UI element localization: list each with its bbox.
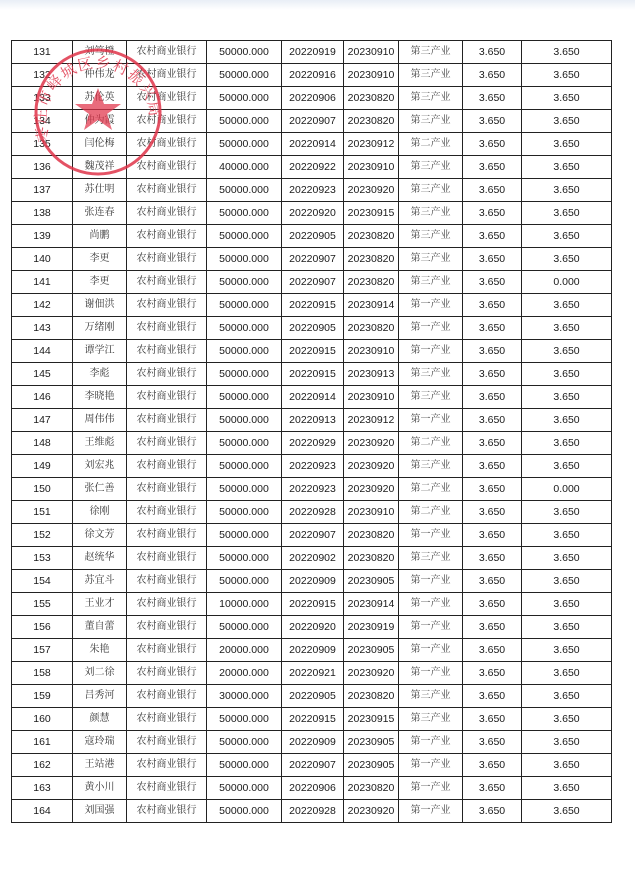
industry: 第二产业 [399, 501, 463, 524]
loan-amount: 40000.000 [207, 156, 282, 179]
start-date: 20220915 [282, 294, 344, 317]
loan-amount: 50000.000 [207, 455, 282, 478]
start-date: 20220915 [282, 340, 344, 363]
interest-rate: 3.650 [463, 777, 522, 800]
subsidy-rate: 3.650 [522, 179, 612, 202]
industry: 第一产业 [399, 409, 463, 432]
interest-rate: 3.650 [463, 363, 522, 386]
loan-amount: 50000.000 [207, 41, 282, 64]
end-date: 20230920 [344, 478, 399, 501]
start-date: 20220922 [282, 156, 344, 179]
row-number: 143 [12, 317, 73, 340]
row-number: 151 [12, 501, 73, 524]
row-number: 148 [12, 432, 73, 455]
table-row: 140 李更 农村商业银行 50000.000 20220907 2023082… [12, 248, 612, 271]
industry: 第一产业 [399, 662, 463, 685]
bank-name: 农村商业银行 [127, 639, 207, 662]
table-row: 152 徐文芳 农村商业银行 50000.000 20220907 202308… [12, 524, 612, 547]
loan-amount: 50000.000 [207, 777, 282, 800]
loan-amount: 20000.000 [207, 662, 282, 685]
row-number: 159 [12, 685, 73, 708]
scan-edge [0, 0, 635, 10]
industry: 第一产业 [399, 317, 463, 340]
borrower-name: 寇玲瑞 [73, 731, 127, 754]
table-row: 149 刘宏兆 农村商业银行 50000.000 20220923 202309… [12, 455, 612, 478]
borrower-name: 仲为霞 [73, 110, 127, 133]
row-number: 132 [12, 64, 73, 87]
row-number: 160 [12, 708, 73, 731]
industry: 第三产业 [399, 64, 463, 87]
row-number: 146 [12, 386, 73, 409]
start-date: 20220915 [282, 363, 344, 386]
interest-rate: 3.650 [463, 800, 522, 823]
loan-amount: 50000.000 [207, 225, 282, 248]
start-date: 20220909 [282, 731, 344, 754]
row-number: 142 [12, 294, 73, 317]
borrower-name: 张连春 [73, 202, 127, 225]
bank-name: 农村商业银行 [127, 156, 207, 179]
industry: 第二产业 [399, 478, 463, 501]
borrower-name: 仲伟龙 [73, 64, 127, 87]
bank-name: 农村商业银行 [127, 386, 207, 409]
end-date: 20230910 [344, 41, 399, 64]
industry: 第三产业 [399, 41, 463, 64]
interest-rate: 3.650 [463, 110, 522, 133]
table-row: 155 王业才 农村商业银行 10000.000 20220915 202309… [12, 593, 612, 616]
borrower-name: 苏仕明 [73, 179, 127, 202]
borrower-name: 万绪刚 [73, 317, 127, 340]
end-date: 20230920 [344, 662, 399, 685]
end-date: 20230910 [344, 340, 399, 363]
start-date: 20220929 [282, 432, 344, 455]
industry: 第三产业 [399, 110, 463, 133]
row-number: 153 [12, 547, 73, 570]
table-row: 150 张仁善 农村商业银行 50000.000 20220923 202309… [12, 478, 612, 501]
industry: 第一产业 [399, 524, 463, 547]
bank-name: 农村商业银行 [127, 340, 207, 363]
end-date: 20230910 [344, 386, 399, 409]
start-date: 20220928 [282, 501, 344, 524]
subsidy-rate: 3.650 [522, 87, 612, 110]
industry: 第三产业 [399, 225, 463, 248]
interest-rate: 3.650 [463, 202, 522, 225]
industry: 第一产业 [399, 616, 463, 639]
table-row: 154 苏宜斗 农村商业银行 50000.000 20220909 202309… [12, 570, 612, 593]
industry: 第三产业 [399, 685, 463, 708]
table-row: 144 谭学江 农村商业银行 50000.000 20220915 202309… [12, 340, 612, 363]
loan-amount: 50000.000 [207, 478, 282, 501]
start-date: 20220902 [282, 547, 344, 570]
table-row: 163 黄小川 农村商业银行 50000.000 20220906 202308… [12, 777, 612, 800]
bank-name: 农村商业银行 [127, 202, 207, 225]
borrower-name: 谭学江 [73, 340, 127, 363]
interest-rate: 3.650 [463, 87, 522, 110]
loan-amount: 50000.000 [207, 708, 282, 731]
subsidy-rate: 3.650 [522, 317, 612, 340]
interest-rate: 3.650 [463, 639, 522, 662]
bank-name: 农村商业银行 [127, 662, 207, 685]
end-date: 20230820 [344, 87, 399, 110]
interest-rate: 3.650 [463, 156, 522, 179]
row-number: 163 [12, 777, 73, 800]
start-date: 20220914 [282, 133, 344, 156]
subsidy-rate: 3.650 [522, 432, 612, 455]
interest-rate: 3.650 [463, 179, 522, 202]
end-date: 20230920 [344, 432, 399, 455]
end-date: 20230820 [344, 225, 399, 248]
end-date: 20230914 [344, 593, 399, 616]
end-date: 20230910 [344, 501, 399, 524]
bank-name: 农村商业银行 [127, 501, 207, 524]
industry: 第三产业 [399, 386, 463, 409]
bank-name: 农村商业银行 [127, 248, 207, 271]
table-row: 159 吕秀河 农村商业银行 30000.000 20220905 202308… [12, 685, 612, 708]
row-number: 144 [12, 340, 73, 363]
subsidy-rate: 3.650 [522, 685, 612, 708]
row-number: 154 [12, 570, 73, 593]
industry: 第一产业 [399, 340, 463, 363]
subsidy-rate: 3.650 [522, 639, 612, 662]
borrower-name: 刘笃橙 [73, 41, 127, 64]
end-date: 20230914 [344, 294, 399, 317]
loan-amount: 50000.000 [207, 547, 282, 570]
bank-name: 农村商业银行 [127, 777, 207, 800]
start-date: 20220909 [282, 639, 344, 662]
row-number: 147 [12, 409, 73, 432]
table-row: 137 苏仕明 农村商业银行 50000.000 20220923 202309… [12, 179, 612, 202]
bank-name: 农村商业银行 [127, 731, 207, 754]
subsidy-rate: 3.650 [522, 524, 612, 547]
interest-rate: 3.650 [463, 294, 522, 317]
borrower-name: 李晓艳 [73, 386, 127, 409]
borrower-name: 黄小川 [73, 777, 127, 800]
borrower-name: 朱艳 [73, 639, 127, 662]
end-date: 20230912 [344, 409, 399, 432]
interest-rate: 3.650 [463, 386, 522, 409]
table-row: 164 刘国强 农村商业银行 50000.000 20220928 202309… [12, 800, 612, 823]
borrower-name: 张仁善 [73, 478, 127, 501]
industry: 第二产业 [399, 133, 463, 156]
end-date: 20230910 [344, 64, 399, 87]
borrower-name: 颜慧 [73, 708, 127, 731]
start-date: 20220915 [282, 593, 344, 616]
start-date: 20220907 [282, 524, 344, 547]
bank-name: 农村商业银行 [127, 294, 207, 317]
start-date: 20220905 [282, 685, 344, 708]
start-date: 20220923 [282, 478, 344, 501]
table-row: 133 苏伦英 农村商业银行 50000.000 20220906 202308… [12, 87, 612, 110]
end-date: 20230920 [344, 455, 399, 478]
table-row: 136 魏茂祥 农村商业银行 40000.000 20220922 202309… [12, 156, 612, 179]
start-date: 20220916 [282, 64, 344, 87]
row-number: 155 [12, 593, 73, 616]
start-date: 20220915 [282, 708, 344, 731]
bank-name: 农村商业银行 [127, 110, 207, 133]
bank-name: 农村商业银行 [127, 524, 207, 547]
borrower-name: 李更 [73, 248, 127, 271]
interest-rate: 3.650 [463, 501, 522, 524]
start-date: 20220921 [282, 662, 344, 685]
loan-amount: 50000.000 [207, 754, 282, 777]
bank-name: 农村商业银行 [127, 64, 207, 87]
borrower-name: 徐刚 [73, 501, 127, 524]
industry: 第一产业 [399, 639, 463, 662]
loan-amount: 50000.000 [207, 616, 282, 639]
subsidy-rate: 3.650 [522, 225, 612, 248]
row-number: 131 [12, 41, 73, 64]
subsidy-rate: 3.650 [522, 754, 612, 777]
start-date: 20220907 [282, 271, 344, 294]
bank-name: 农村商业银行 [127, 87, 207, 110]
loan-amount: 20000.000 [207, 639, 282, 662]
borrower-name: 王业才 [73, 593, 127, 616]
subsidy-rate: 3.650 [522, 156, 612, 179]
loan-amount: 50000.000 [207, 800, 282, 823]
start-date: 20220907 [282, 754, 344, 777]
row-number: 137 [12, 179, 73, 202]
subsidy-rate: 3.650 [522, 455, 612, 478]
row-number: 164 [12, 800, 73, 823]
table-row: 146 李晓艳 农村商业银行 50000.000 20220914 202309… [12, 386, 612, 409]
loan-amount: 50000.000 [207, 294, 282, 317]
end-date: 20230820 [344, 777, 399, 800]
row-number: 158 [12, 662, 73, 685]
borrower-name: 李彪 [73, 363, 127, 386]
interest-rate: 3.650 [463, 432, 522, 455]
interest-rate: 3.650 [463, 708, 522, 731]
loan-amount: 50000.000 [207, 524, 282, 547]
subsidy-rate: 3.650 [522, 340, 612, 363]
bank-name: 农村商业银行 [127, 133, 207, 156]
borrower-name: 王维彪 [73, 432, 127, 455]
end-date: 20230920 [344, 800, 399, 823]
start-date: 20220907 [282, 110, 344, 133]
loan-amount: 50000.000 [207, 363, 282, 386]
bank-name: 农村商业银行 [127, 708, 207, 731]
bank-name: 农村商业银行 [127, 432, 207, 455]
subsidy-rate: 3.650 [522, 41, 612, 64]
interest-rate: 3.650 [463, 731, 522, 754]
bank-name: 农村商业银行 [127, 754, 207, 777]
subsidy-rate: 3.650 [522, 409, 612, 432]
end-date: 20230913 [344, 363, 399, 386]
industry: 第三产业 [399, 547, 463, 570]
borrower-name: 闫伦梅 [73, 133, 127, 156]
bank-name: 农村商业银行 [127, 685, 207, 708]
table-row: 162 王站港 农村商业银行 50000.000 20220907 202309… [12, 754, 612, 777]
end-date: 20230820 [344, 110, 399, 133]
industry: 第一产业 [399, 731, 463, 754]
interest-rate: 3.650 [463, 616, 522, 639]
row-number: 140 [12, 248, 73, 271]
table-row: 135 闫伦梅 农村商业银行 50000.000 20220914 202309… [12, 133, 612, 156]
interest-rate: 3.650 [463, 41, 522, 64]
bank-name: 农村商业银行 [127, 455, 207, 478]
interest-rate: 3.650 [463, 524, 522, 547]
table-row: 138 张连春 农村商业银行 50000.000 20220920 202309… [12, 202, 612, 225]
start-date: 20220909 [282, 570, 344, 593]
interest-rate: 3.650 [463, 340, 522, 363]
end-date: 20230820 [344, 685, 399, 708]
loan-amount: 50000.000 [207, 271, 282, 294]
borrower-name: 刘宏兆 [73, 455, 127, 478]
loan-amount: 50000.000 [207, 110, 282, 133]
row-number: 149 [12, 455, 73, 478]
borrower-name: 董自蕾 [73, 616, 127, 639]
industry: 第三产业 [399, 248, 463, 271]
interest-rate: 3.650 [463, 317, 522, 340]
bank-name: 农村商业银行 [127, 225, 207, 248]
loan-amount: 50000.000 [207, 64, 282, 87]
subsidy-rate: 3.650 [522, 616, 612, 639]
subsidy-rate: 3.650 [522, 708, 612, 731]
end-date: 20230905 [344, 754, 399, 777]
borrower-name: 谢佃洪 [73, 294, 127, 317]
row-number: 139 [12, 225, 73, 248]
subsidy-rate: 3.650 [522, 662, 612, 685]
row-number: 135 [12, 133, 73, 156]
borrower-name: 周伟伟 [73, 409, 127, 432]
bank-name: 农村商业银行 [127, 593, 207, 616]
row-number: 145 [12, 363, 73, 386]
bank-name: 农村商业银行 [127, 570, 207, 593]
borrower-name: 李更 [73, 271, 127, 294]
subsidy-rate: 3.650 [522, 501, 612, 524]
end-date: 20230820 [344, 248, 399, 271]
interest-rate: 3.650 [463, 593, 522, 616]
end-date: 20230910 [344, 156, 399, 179]
end-date: 20230915 [344, 708, 399, 731]
row-number: 152 [12, 524, 73, 547]
bank-name: 农村商业银行 [127, 363, 207, 386]
end-date: 20230920 [344, 179, 399, 202]
industry: 第一产业 [399, 570, 463, 593]
industry: 第三产业 [399, 363, 463, 386]
industry: 第三产业 [399, 179, 463, 202]
borrower-name: 徐文芳 [73, 524, 127, 547]
start-date: 20220914 [282, 386, 344, 409]
loan-amount: 50000.000 [207, 317, 282, 340]
start-date: 20220907 [282, 248, 344, 271]
table-row: 158 刘二徐 农村商业银行 20000.000 20220921 202309… [12, 662, 612, 685]
loan-amount: 30000.000 [207, 685, 282, 708]
borrower-name: 苏宜斗 [73, 570, 127, 593]
row-number: 133 [12, 87, 73, 110]
industry: 第三产业 [399, 455, 463, 478]
start-date: 20220928 [282, 800, 344, 823]
end-date: 20230912 [344, 133, 399, 156]
table-row: 131 刘笃橙 农村商业银行 50000.000 20220919 202309… [12, 41, 612, 64]
subsidy-rate: 3.650 [522, 593, 612, 616]
row-number: 162 [12, 754, 73, 777]
subsidy-rate: 3.650 [522, 731, 612, 754]
subsidy-rate: 0.000 [522, 271, 612, 294]
bank-name: 农村商业银行 [127, 317, 207, 340]
interest-rate: 3.650 [463, 547, 522, 570]
bank-name: 农村商业银行 [127, 271, 207, 294]
table-row: 161 寇玲瑞 农村商业银行 50000.000 20220909 202309… [12, 731, 612, 754]
loan-amount: 50000.000 [207, 386, 282, 409]
bank-name: 农村商业银行 [127, 547, 207, 570]
start-date: 20220906 [282, 87, 344, 110]
table-row: 160 颜慧 农村商业银行 50000.000 20220915 2023091… [12, 708, 612, 731]
row-number: 136 [12, 156, 73, 179]
borrower-name: 尚鹏 [73, 225, 127, 248]
subsidy-rate: 0.000 [522, 478, 612, 501]
table-row: 143 万绪刚 农村商业银行 50000.000 20220905 202308… [12, 317, 612, 340]
loan-amount: 50000.000 [207, 248, 282, 271]
loan-amount: 50000.000 [207, 432, 282, 455]
row-number: 150 [12, 478, 73, 501]
interest-rate: 3.650 [463, 685, 522, 708]
borrower-name: 苏伦英 [73, 87, 127, 110]
loan-amount: 50000.000 [207, 731, 282, 754]
table-row: 156 董自蕾 农村商业银行 50000.000 20220920 202309… [12, 616, 612, 639]
start-date: 20220906 [282, 777, 344, 800]
start-date: 20220920 [282, 616, 344, 639]
subsidy-rate: 3.650 [522, 294, 612, 317]
industry: 第三产业 [399, 87, 463, 110]
industry: 第一产业 [399, 754, 463, 777]
end-date: 20230905 [344, 570, 399, 593]
row-number: 156 [12, 616, 73, 639]
interest-rate: 3.650 [463, 225, 522, 248]
loan-amount: 50000.000 [207, 570, 282, 593]
subsidy-rate: 3.650 [522, 110, 612, 133]
start-date: 20220923 [282, 455, 344, 478]
industry: 第一产业 [399, 294, 463, 317]
industry: 第三产业 [399, 202, 463, 225]
row-number: 141 [12, 271, 73, 294]
subsidy-rate: 3.650 [522, 386, 612, 409]
table-row: 157 朱艳 农村商业银行 20000.000 20220909 2023090… [12, 639, 612, 662]
interest-rate: 3.650 [463, 754, 522, 777]
row-number: 138 [12, 202, 73, 225]
subsidy-rate: 3.650 [522, 248, 612, 271]
start-date: 20220923 [282, 179, 344, 202]
loan-amount: 50000.000 [207, 409, 282, 432]
loan-amount: 10000.000 [207, 593, 282, 616]
loan-amount: 50000.000 [207, 202, 282, 225]
loan-amount: 50000.000 [207, 133, 282, 156]
interest-rate: 3.650 [463, 271, 522, 294]
end-date: 20230820 [344, 271, 399, 294]
subsidy-rate: 3.650 [522, 202, 612, 225]
table-row: 148 王维彪 农村商业银行 50000.000 20220929 202309… [12, 432, 612, 455]
industry: 第三产业 [399, 708, 463, 731]
subsidy-rate: 3.650 [522, 363, 612, 386]
start-date: 20220905 [282, 317, 344, 340]
row-number: 157 [12, 639, 73, 662]
table-row: 153 赵统华 农村商业银行 50000.000 20220902 202308… [12, 547, 612, 570]
interest-rate: 3.650 [463, 570, 522, 593]
end-date: 20230905 [344, 639, 399, 662]
borrower-name: 魏茂祥 [73, 156, 127, 179]
industry: 第三产业 [399, 271, 463, 294]
start-date: 20220919 [282, 41, 344, 64]
end-date: 20230915 [344, 202, 399, 225]
interest-rate: 3.650 [463, 248, 522, 271]
borrower-name: 刘二徐 [73, 662, 127, 685]
interest-rate: 3.650 [463, 478, 522, 501]
bank-name: 农村商业银行 [127, 478, 207, 501]
interest-rate: 3.650 [463, 133, 522, 156]
bank-name: 农村商业银行 [127, 800, 207, 823]
subsidy-rate: 3.650 [522, 570, 612, 593]
borrower-name: 赵统华 [73, 547, 127, 570]
table-row: 142 谢佃洪 农村商业银行 50000.000 20220915 202309… [12, 294, 612, 317]
table-row: 151 徐刚 农村商业银行 50000.000 20220928 2023091… [12, 501, 612, 524]
